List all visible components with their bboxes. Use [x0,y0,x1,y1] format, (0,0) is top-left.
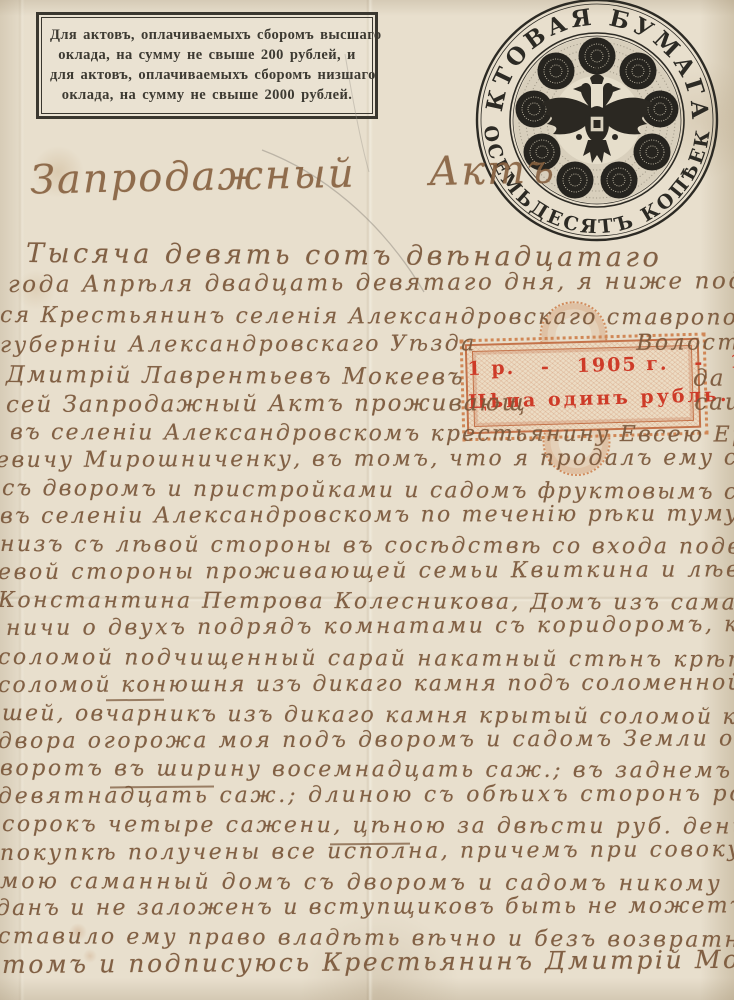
notice-line: оклада, на сумму не свыше 200 рублей, и [50,45,364,65]
manuscript-line: губерніи Александровскаго Уѣзда Волости [0,330,734,358]
actovaya-bumaga-seal: АКТОВАЯ БУМАГА. ВОСЕМЬДЕСЯТЪ КОПѢЕКЪ [464,0,730,256]
seal-top-caption: АКТОВАЯ БУМАГА. [464,0,714,124]
manuscript-line: сей Запродажный Актъ проживающ сащ [6,389,734,418]
manuscript-line: соломой подчищенный сарай накатный стѣнъ… [0,645,734,673]
manuscript-line: евой стороны проживающей семьи Квиткина … [0,557,734,585]
manuscript-line: евичу Мирошниченку, въ томъ, что я прода… [0,445,734,473]
manuscript-line: девятнадцать саж.; длиною съ обѣихъ стор… [0,781,734,809]
manuscript-line: ничи о двухъ подрядъ комнатами съ коридо… [6,612,734,641]
manuscript-line: томъ и подписуюсь Крестьянинъ Дмитрій Мо… [2,944,734,979]
manuscript-line: мою саманный домъ съ дворомъ и садомъ ни… [0,869,734,897]
manuscript-line: двора огорожа моя подъ дворомъ и садомъ … [0,726,734,754]
notice-line: для актовъ, оплачиваемыхъ сборомъ низшаг… [50,65,364,85]
svg-text:АКТОВАЯ БУМАГА.: АКТОВАЯ БУМАГА. [464,0,714,124]
manuscript-line: года Апрѣля двадцать девятаго дня, я ниж… [8,268,734,298]
manuscript-line: соломой конюшня изъ дикаго камня подъ со… [0,670,734,698]
notice-line: Для актовъ, оплачиваемыхъ сборомъ высшаг… [50,25,364,45]
manuscript-line: данъ и не заложенъ и вступщиковъ быть не… [0,893,734,921]
double-headed-eagle-icon [541,66,653,163]
manuscript-line: воротъ въ ширину восемнадцать саж.; въ з… [0,756,734,784]
ink-underline [106,699,164,701]
manuscript-title: Запродажный Актъ [30,146,557,203]
manuscript-line: въ селеніи Александровскомъ по теченію р… [0,501,734,529]
manuscript-line: въ селеніи Александровскомъ крестьянину … [10,420,734,448]
notice-box: Для актовъ, оплачиваемыхъ сборомъ высшаг… [36,12,378,119]
manuscript-line: сорокъ четыре сажени, цѣною за двѣсти ру… [2,812,734,840]
manuscript-line: Дмитрій Лаврентьевъ Мокеевъ да [6,362,726,392]
notice-line: оклада, на сумму не свыше 2000 рублей. [50,85,364,105]
manuscript-line: низъ съ лѣвой стороны въ сосѣдствѣ со вх… [0,532,734,560]
manuscript-line: Константина Петрова Колесникова, Домъ из… [0,588,734,616]
notice-box-inner-border: Для актовъ, оплачиваемыхъ сборомъ высшаг… [41,17,373,114]
svg-text:ВОСЕМЬДЕСЯТЪ КОПѢЕКЪ: ВОСЕМЬДЕСЯТЪ КОПѢЕКЪ [464,0,715,238]
seal-bottom-caption: ВОСЕМЬДЕСЯТЪ КОПѢЕКЪ [464,0,715,238]
manuscript-line: покупкѣ получены все исполна, причемъ пр… [0,837,734,866]
document-page: АКТОВАЯ БУМАГА. ВОСЕМЬДЕСЯТЪ КОПѢЕКЪ Для… [0,0,734,1000]
manuscript-line: ся Крестьянинъ селенія Александровскаго … [0,303,734,331]
